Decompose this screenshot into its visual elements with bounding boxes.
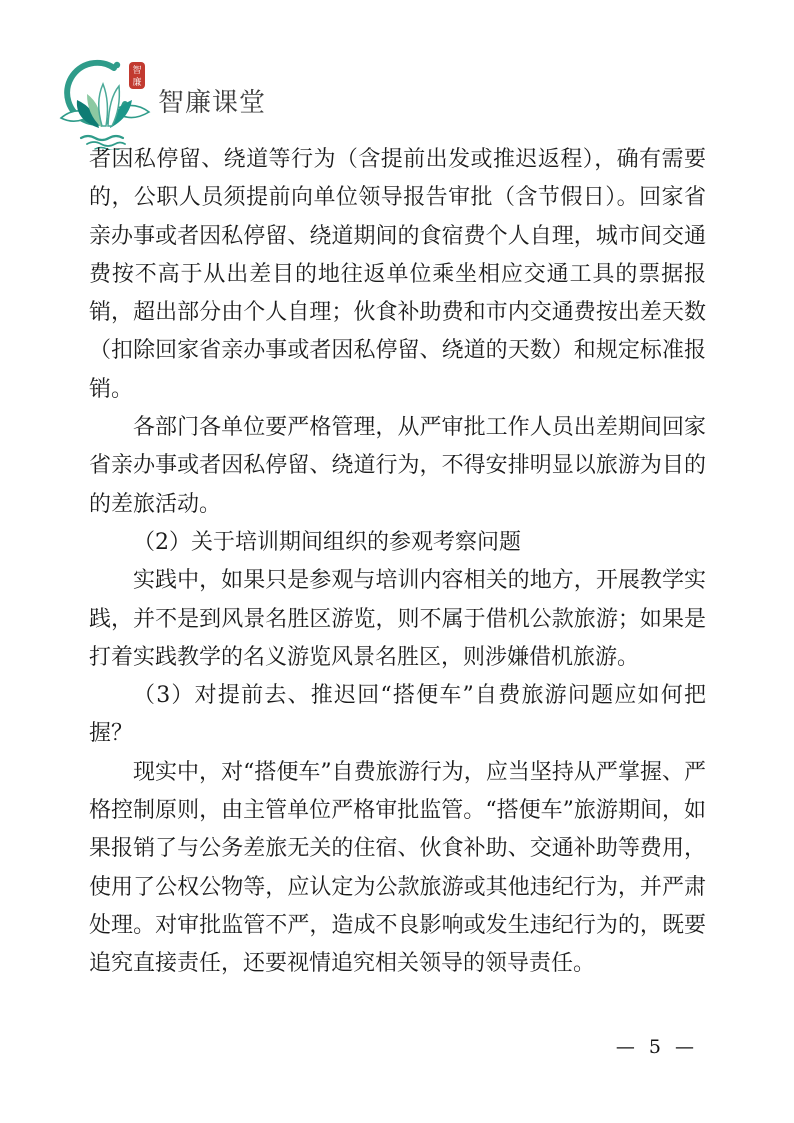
logo: 智 廉 智廉课堂 xyxy=(57,50,266,150)
logo-title: 智廉课堂 xyxy=(158,82,266,119)
lotus-logo-icon: 智 廉 xyxy=(57,50,152,150)
paragraph: 各部门各单位要严格管理，从严审批工作人员出差期间回家省亲办事或者因私停留、绕道行… xyxy=(89,409,706,524)
svg-text:廉: 廉 xyxy=(132,76,141,88)
svg-text:智: 智 xyxy=(132,64,141,76)
paragraph: 实践中，如果只是参观与培训内容相关的地方，开展教学实践，并不是到风景名胜区游览，… xyxy=(89,562,706,677)
paragraph: （3）对提前去、推迟回“搭便车”自费旅游问题应如何把握？ xyxy=(89,677,706,754)
document-page: 智 廉 智廉课堂 者因私停留、绕道等行为（含提前出发或推迟返程），确有需要的，公… xyxy=(0,0,794,1123)
paragraph: 者因私停留、绕道等行为（含提前出发或推迟返程），确有需要的，公职人员须提前向单位… xyxy=(89,141,706,409)
paragraph: 现实中，对“搭便车”自费旅游行为，应当坚持从严掌握、严格控制原则，由主管单位严格… xyxy=(89,754,706,984)
paragraph: （2）关于培训期间组织的参观考察问题 xyxy=(89,524,706,562)
document-body: 者因私停留、绕道等行为（含提前出发或推迟返程），确有需要的，公职人员须提前向单位… xyxy=(89,141,706,984)
page-number: — 5 — xyxy=(616,1036,698,1058)
